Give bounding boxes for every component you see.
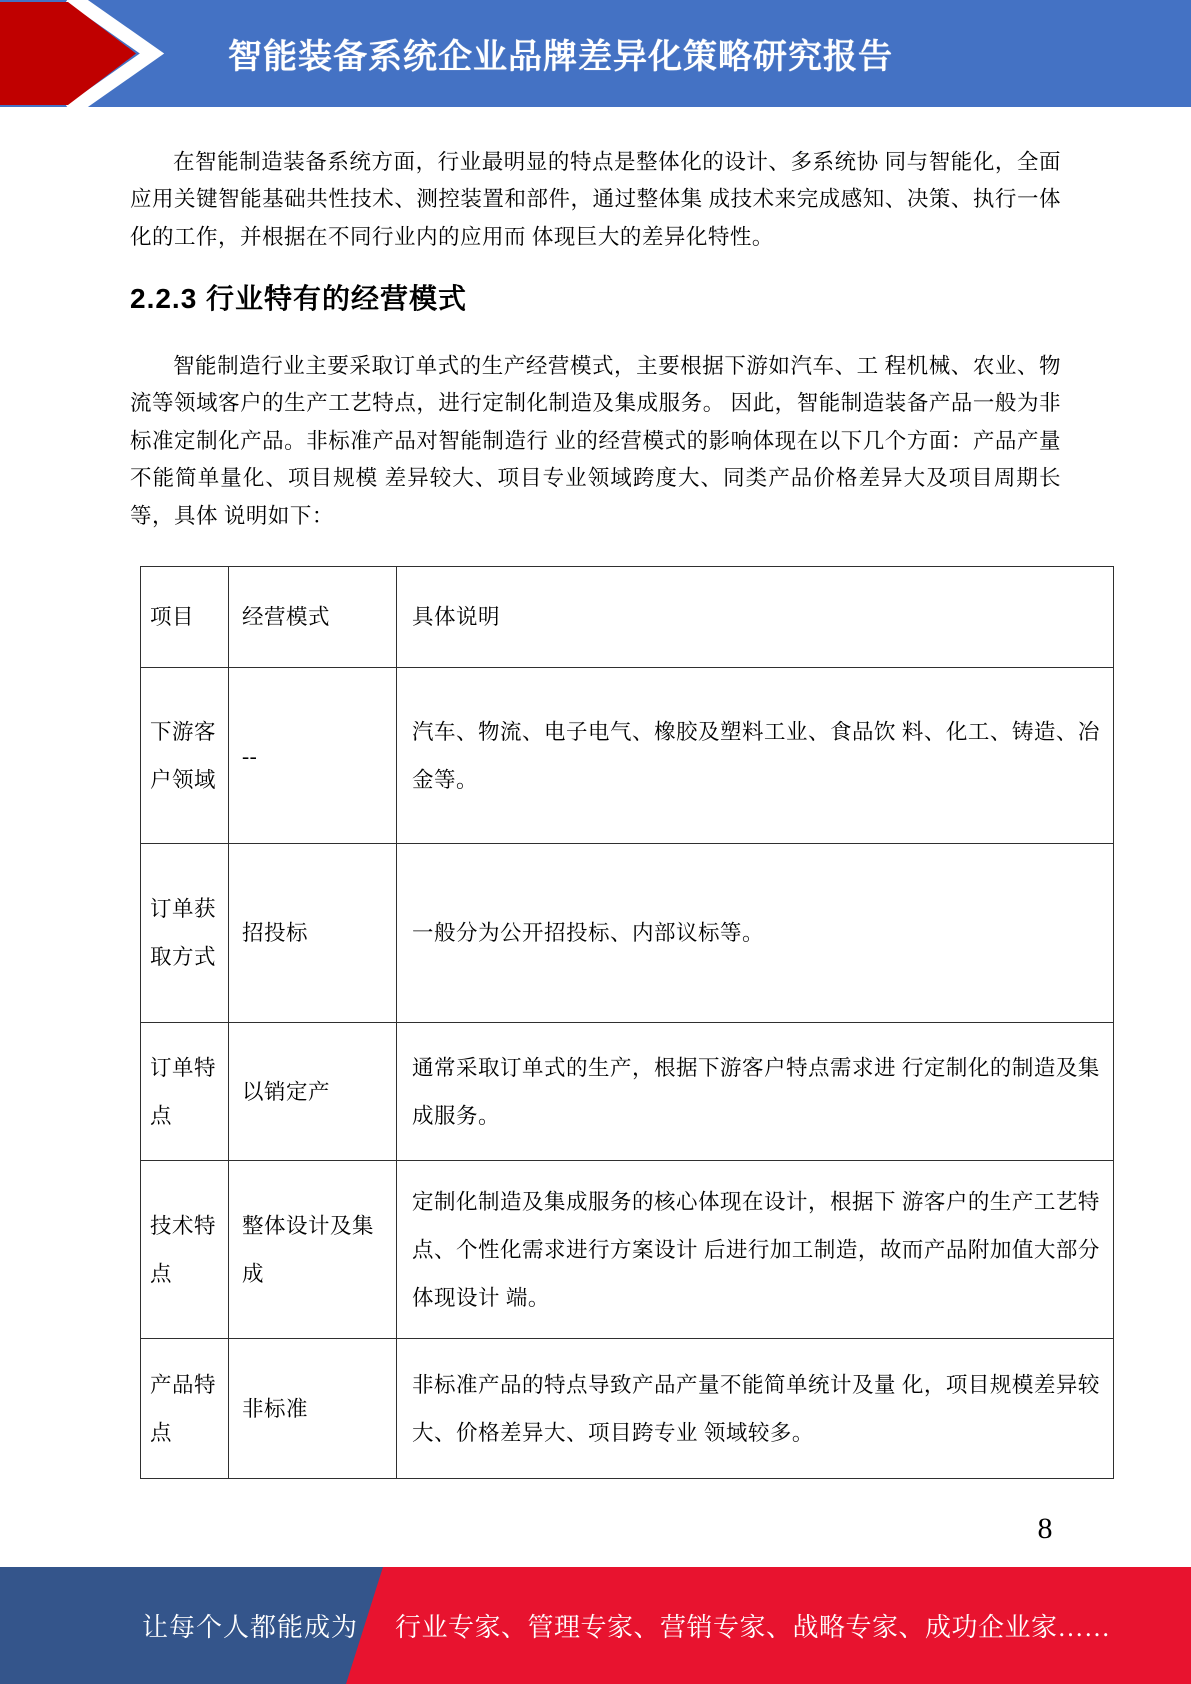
footer-slogan-left: 让每个人都能成为 <box>144 1567 356 1684</box>
table-row: 下游客户领域 -- 汽车、物流、电子电气、橡胶及塑料工业、食品饮 料、化工、铸造… <box>141 668 1114 844</box>
cell-item: 产品特点 <box>141 1339 229 1479</box>
intro-paragraph: 在智能制造装备系统方面，行业最明显的特点是整体化的设计、多系统协 同与智能化，全… <box>130 144 1061 257</box>
table-row: 技术特点 整体设计及集成 定制化制造及集成服务的核心体现在设计，根据下 游客户的… <box>141 1161 1114 1339</box>
table-row: 订单获取方式 招投标 一般分为公开招投标、内部议标等。 <box>141 844 1114 1023</box>
cell-mode: 整体设计及集成 <box>229 1161 397 1339</box>
page-header-banner: 智能装备系统企业品牌差异化策略研究报告 <box>0 0 1191 107</box>
report-title: 智能装备系统企业品牌差异化策略研究报告 <box>228 29 963 78</box>
cell-item: 技术特点 <box>141 1161 229 1339</box>
cell-item: 订单获取方式 <box>141 844 229 1023</box>
cell-description: 非标准产品的特点导致产品产量不能简单统计及量 化，项目规模差异较大、价格差异大、… <box>397 1339 1114 1479</box>
cell-description: 定制化制造及集成服务的核心体现在设计，根据下 游客户的生产工艺特点、个性化需求进… <box>397 1161 1114 1339</box>
page-footer-banner: 让每个人都能成为 行业专家、管理专家、营销专家、战略专家、成功企业家…… <box>0 1567 1191 1684</box>
business-model-paragraph: 智能制造行业主要采取订单式的生产经营模式，主要根据下游如汽车、工 程机械、农业、… <box>130 348 1061 536</box>
table-header-row: 项目 经营模式 具体说明 <box>141 567 1114 668</box>
col-header-description: 具体说明 <box>397 567 1114 668</box>
col-header-item: 项目 <box>141 567 229 668</box>
footer-slogan-right: 行业专家、管理专家、营销专家、战略专家、成功企业家…… <box>395 1567 1111 1684</box>
cell-mode: 非标准 <box>229 1339 397 1479</box>
cell-description: 一般分为公开招投标、内部议标等。 <box>397 844 1114 1023</box>
business-model-table: 项目 经营模式 具体说明 下游客户领域 -- 汽车、物流、电子电气、橡胶及塑料工… <box>140 566 1114 1479</box>
section-heading-2-2-3: 2.2.3 行业特有的经营模式 <box>130 277 467 317</box>
cell-mode: 招投标 <box>229 844 397 1023</box>
cell-description: 汽车、物流、电子电气、橡胶及塑料工业、食品饮 料、化工、铸造、冶金等。 <box>397 668 1114 844</box>
cell-item: 下游客户领域 <box>141 668 229 844</box>
col-header-mode: 经营模式 <box>229 567 397 668</box>
table-row: 产品特点 非标准 非标准产品的特点导致产品产量不能简单统计及量 化，项目规模差异… <box>141 1339 1114 1479</box>
page-number: 8 <box>1020 1512 1070 1546</box>
cell-mode: -- <box>229 668 397 844</box>
cell-item: 订单特点 <box>141 1023 229 1161</box>
table-row: 订单特点 以销定产 通常采取订单式的生产，根据下游客户特点需求进 行定制化的制造… <box>141 1023 1114 1161</box>
red-chevron-icon <box>0 0 170 107</box>
cell-mode: 以销定产 <box>229 1023 397 1161</box>
cell-description: 通常采取订单式的生产，根据下游客户特点需求进 行定制化的制造及集成服务。 <box>397 1023 1114 1161</box>
